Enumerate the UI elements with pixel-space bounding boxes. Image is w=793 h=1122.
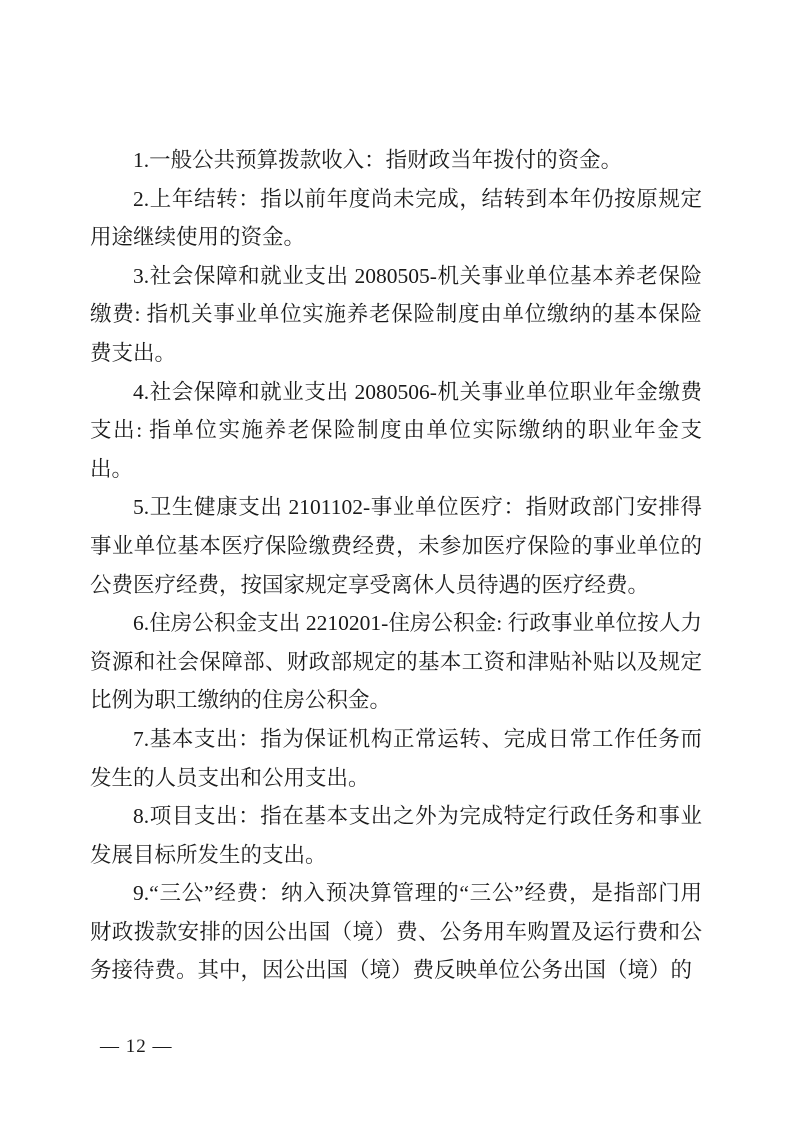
paragraph-2: 2.上年结转：指以前年度尚未完成，结转到本年仍按原规定用途继续使用的资金。 <box>90 180 702 257</box>
paragraph-3: 3.社会保障和就业支出 2080505-机关事业单位基本养老保险缴费: 指机关事… <box>90 257 702 373</box>
paragraph-8: 8.项目支出：指在基本支出之外为完成特定行政任务和事业发展目标所发生的支出。 <box>90 797 702 874</box>
paragraph-5: 5.卫生健康支出 2101102-事业单位医疗：指财政部门安排得事业单位基本医疗… <box>90 488 702 604</box>
page-number: — 12 — <box>100 1035 173 1059</box>
paragraph-1: 1.一般公共预算拨款收入：指财政当年拨付的资金。 <box>90 141 702 180</box>
paragraph-9: 9.“三公”经费：纳入预决算管理的“三公”经费，是指部门用财政拨款安排的因公出国… <box>90 874 702 990</box>
paragraph-6: 6.住房公积金支出 2210201-住房公积金: 行政事业单位按人力资源和社会保… <box>90 604 702 720</box>
paragraph-7: 7.基本支出：指为保证机构正常运转、完成日常工作任务而发生的人员支出和公用支出。 <box>90 720 702 797</box>
document-page: 1.一般公共预算拨款收入：指财政当年拨付的资金。 2.上年结转：指以前年度尚未完… <box>0 0 793 1122</box>
document-body: 1.一般公共预算拨款收入：指财政当年拨付的资金。 2.上年结转：指以前年度尚未完… <box>90 141 702 990</box>
paragraph-4: 4.社会保障和就业支出 2080506-机关事业单位职业年金缴费支出: 指单位实… <box>90 373 702 489</box>
